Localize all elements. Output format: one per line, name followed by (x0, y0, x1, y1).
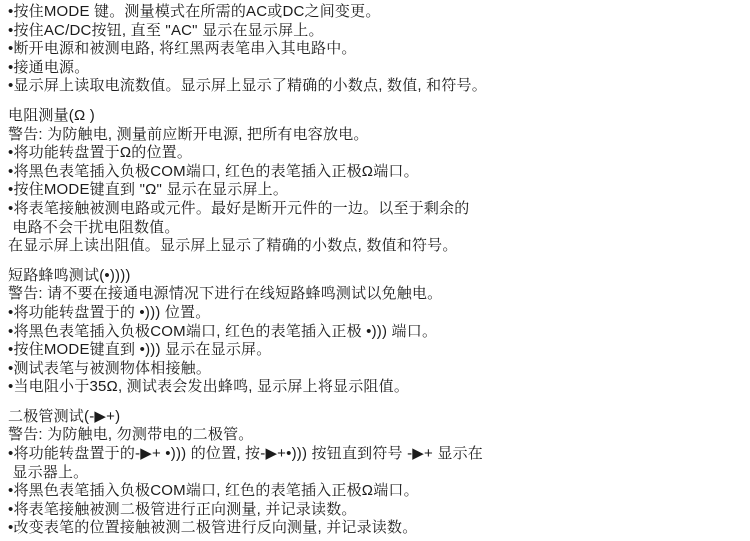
text-line: •按住MODE键直到 "Ω" 显示在显示屏上。 (8, 181, 740, 200)
text-line: •按住AC/DC按钮, 直至 "AC" 显示在显示屏上。 (8, 22, 740, 41)
manual-section: 二极管测试(-▶+)警告: 为防触电, 勿测带电的二极管。•将功能转盘置于的-▶… (8, 408, 740, 538)
text-line: •当电阻小于35Ω, 测试表会发出蜂鸣, 显示屏上将显示阻值。 (8, 378, 740, 397)
manual-section: •按住MODE 键。测量模式在所需的AC或DC之间变更。•按住AC/DC按钮, … (8, 3, 740, 96)
text-line: 电路不会干扰电阻数值。 (8, 219, 740, 238)
text-line: •断开电源和被测电路, 将红黑两表笔串入其电路中。 (8, 40, 740, 59)
text-line: •接通电源。 (8, 59, 740, 78)
text-line: •将表笔接触被测电路或元件。最好是断开元件的一边。以至于剩余的 (8, 200, 740, 219)
section-heading: 二极管测试(-▶+) (8, 408, 740, 427)
text-line: •将表笔接触被测二极管进行正向测量, 并记录读数。 (8, 501, 740, 520)
text-line: •将黑色表笔插入负极COM端口, 红色的表笔插入正极 •))) 端口。 (8, 323, 740, 342)
text-line: 警告: 为防触电, 勿测带电的二极管。 (8, 426, 740, 445)
text-line: •测试表笔与被测物体相接触。 (8, 360, 740, 379)
manual-section: 电阻测量(Ω )警告: 为防触电, 测量前应断开电源, 把所有电容放电。•将功能… (8, 107, 740, 256)
text-line: 在显示屏上读出阻值。显示屏上显示了精确的小数点, 数值和符号。 (8, 237, 740, 256)
text-line: •将功能转盘置于的-▶+ •))) 的位置, 按-▶+•))) 按钮直到符号 -… (8, 445, 740, 464)
text-line: 显示器上。 (8, 464, 740, 483)
manual-page: •按住MODE 键。测量模式在所需的AC或DC之间变更。•按住AC/DC按钮, … (0, 0, 750, 538)
section-heading: 短路蜂鸣测试(•)))) (8, 267, 740, 286)
text-line: 警告: 为防触电, 测量前应断开电源, 把所有电容放电。 (8, 126, 740, 145)
text-line: •改变表笔的位置接触被测二极管进行反向测量, 并记录读数。 (8, 519, 740, 538)
section-heading: 电阻测量(Ω ) (8, 107, 740, 126)
text-line: •将黑色表笔插入负极COM端口, 红色的表笔插入正极Ω端口。 (8, 482, 740, 501)
text-line: •按住MODE键直到 •))) 显示在显示屏。 (8, 341, 740, 360)
text-line: •将功能转盘置于的 •))) 位置。 (8, 304, 740, 323)
text-line: 警告: 请不要在接通电源情况下进行在线短路蜂鸣测试以免触电。 (8, 285, 740, 304)
manual-section: 短路蜂鸣测试(•))))警告: 请不要在接通电源情况下进行在线短路蜂鸣测试以免触… (8, 267, 740, 397)
text-line: •按住MODE 键。测量模式在所需的AC或DC之间变更。 (8, 3, 740, 22)
text-line: •显示屏上读取电流数值。显示屏上显示了精确的小数点, 数值, 和符号。 (8, 77, 740, 96)
text-line: •将黑色表笔插入负极COM端口, 红色的表笔插入正极Ω端口。 (8, 163, 740, 182)
text-line: •将功能转盘置于Ω的位置。 (8, 144, 740, 163)
